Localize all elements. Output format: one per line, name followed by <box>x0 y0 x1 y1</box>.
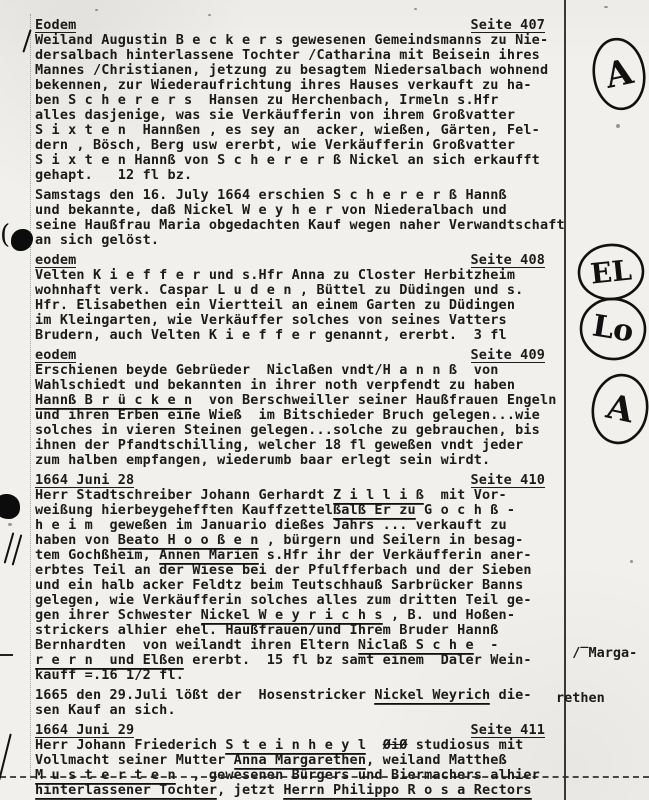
hand-dash-mark <box>0 654 13 656</box>
text-line: Wahlschiedt und bekannten in ihrer noth … <box>35 378 571 393</box>
text-line: sen Kauf an sich. <box>35 703 571 718</box>
text-line: bekennen, zur Wiederaufrichtung ihres Ha… <box>35 78 571 93</box>
text-line: Weiland Augustin B e c k e r s gewesenen… <box>35 33 571 48</box>
text-line: Hfr. Elisabethen ein Viertteil an einem … <box>35 298 571 313</box>
text-segment: gen ihrer Schwester <box>35 607 201 623</box>
text-line: gehapt. 12 fl bz. <box>35 168 571 183</box>
text-segment: von Berschweiller seiner Haußfrauen Enge… <box>192 392 556 408</box>
text-segment: Weiland Augustin B e c k e r s gewesenen… <box>35 32 548 48</box>
text-segment: seine Haußfrau Maria obgedachten Kauf we… <box>35 217 565 233</box>
text-segment: haben von <box>35 532 118 548</box>
circled-annotation-el: EL <box>576 242 646 302</box>
section-409: eodemSeite 409Erschienen beyde Gebrüeder… <box>35 348 571 468</box>
text-segment: zum halben empfangen, wiederumb baar erl… <box>35 452 490 468</box>
text-line: und ein halb acker Feldtz beim Teutschha… <box>35 578 571 593</box>
text-segment: Bernhardten von weilandt ihren Eltern <box>35 637 358 653</box>
text-line: Velten K i e f f e r und s.Hfr Anna zu C… <box>35 268 571 283</box>
text-segment: strickers alhier ehel. Haußfrauen/und Ih… <box>35 622 499 638</box>
text-segment: die- <box>490 687 531 703</box>
section-header: 1664 Juni 28Seite 410 <box>35 473 545 488</box>
text-segment: alles dasjenige, was sie Verkäufferin vo… <box>35 107 515 123</box>
underlined-text: ßalß Er zu <box>333 502 416 518</box>
circled-annotation-lo: Lo <box>578 296 648 362</box>
text-segment: Velten K i e f f e r und s.Hfr Anna zu C… <box>35 267 515 283</box>
text-segment: Samstags den 16. July 1664 erschien S c … <box>35 187 507 203</box>
text-line: alles dasjenige, was sie Verkäufferin vo… <box>35 108 571 123</box>
underlined-text: Annen Marien <box>159 547 258 563</box>
text-segment: Brudern, auch Velten K i e f f e r genan… <box>35 327 507 343</box>
margin-note-margarethen: /‾Marga- rethen <box>556 616 637 736</box>
circled-annotation-a: A <box>590 372 649 446</box>
hand-slash-mark <box>0 733 12 780</box>
text-segment: , weiland Mattheß <box>366 752 507 768</box>
left-margin-guide <box>30 14 31 780</box>
section-heading: 1664 Juni 29 <box>35 723 134 738</box>
text-line: Samstags den 16. July 1664 erschien S c … <box>35 188 571 203</box>
text-segment: wohnhaft verk. Caspar L u d e n , Büttel… <box>35 282 523 298</box>
text-segment: Hfr. Elisabethen ein Viertteil an einem … <box>35 297 515 313</box>
annotation-letter: Lo <box>590 309 636 350</box>
text-line: Mannes /Christianen, jetzung zu besagtem… <box>35 63 571 78</box>
underlined-text: Nickel Weyrich <box>374 687 490 703</box>
paragraph: Samstags den 16. July 1664 erschien S c … <box>35 188 571 248</box>
text-segment: sen Kauf an sich. <box>35 702 176 718</box>
text-segment: an sich gelöst. <box>35 232 159 248</box>
text-segment: s.Hfr ihr der Verkäufferin aner- <box>259 547 532 563</box>
text-segment: S i x t e n Hannßen , es sey an acker, w… <box>35 122 540 138</box>
text-segment: Erschienen beyde Gebrüeder Niclaßen vndt… <box>35 362 499 378</box>
section-heading: 1664 Juni 28 <box>35 473 134 488</box>
text-segment: Herr Stadtschreiber Johann Gerhardt <box>35 487 333 503</box>
text-segment: ihnen der Pfandtschilling, welcher 18 fl… <box>35 437 523 453</box>
text-segment: , bürgern und Seilern in besag- <box>259 532 524 548</box>
text-line: an sich gelöst. <box>35 233 571 248</box>
text-segment: - <box>474 637 499 653</box>
text-segment: kauff =.16 1/2 fl. <box>35 667 184 683</box>
text-segment: und ihren Erben eine Wieß im Bitschieder… <box>35 407 540 423</box>
paragraph: 1665 den 29.Juli lößt der Hosenstricker … <box>35 688 571 718</box>
text-segment: weißung hierbeygehefften Kauffzettel <box>35 502 333 518</box>
paragraph: Erschienen beyde Gebrüeder Niclaßen vndt… <box>35 363 571 468</box>
section-page-number: Seite 408 <box>471 253 546 268</box>
section-heading: Eodem <box>35 18 76 33</box>
text-line: wohnhaft verk. Caspar L u d e n , Büttel… <box>35 283 571 298</box>
document-page: EodemSeite 407Weiland Augustin B e c k e… <box>0 0 649 800</box>
text-segment: dersalbach hinterlassene Tochter /Cathar… <box>35 47 540 63</box>
section-page-number: Seite 407 <box>471 18 546 33</box>
section-header: eodemSeite 409 <box>35 348 545 363</box>
text-segment: dern , Bösch, Berg usw ererbt, wie Verkä… <box>35 137 515 153</box>
text-segment: Herr Johann Friederich <box>35 737 225 753</box>
text-segment: erbtes Teil an der Wiese bei der Pfulffe… <box>35 562 532 578</box>
text-line: tem Gochßheim, Annen Marien s.Hfr ihr de… <box>35 548 571 563</box>
ink-blob <box>0 494 20 519</box>
text-segment: im Kleingarten, wie Verkäuffer solches v… <box>35 312 507 328</box>
text-line: und bekannte, daß Nickel W e y h e r von… <box>35 203 571 218</box>
underlined-text: Hannß B r ü c k e n <box>35 392 192 408</box>
section-407: EodemSeite 407Weiland Augustin B e c k e… <box>35 18 571 248</box>
annotation-letter: EL <box>589 253 634 290</box>
text-segment: , B. und Hoßen- <box>383 607 515 623</box>
underlined-text: Nickel W e y r i c h s <box>201 607 383 623</box>
section-header: 1664 Juni 29Seite 411 <box>35 723 545 738</box>
text-segment: h e i m geweßen im Januario dießes Jahrs… <box>35 517 507 533</box>
underlined-text: hinterlassener Tochter <box>35 782 217 798</box>
text-line: Herr Johann Friederich S t e i n h e y l… <box>35 738 571 753</box>
text-line: Erschienen beyde Gebrüeder Niclaßen vndt… <box>35 363 571 378</box>
scan-speck <box>95 9 98 11</box>
underlined-text: Beato H o o ß e n <box>118 532 259 548</box>
text-line: Vollmacht seiner Mutter Anna Margarethen… <box>35 753 571 768</box>
ink-speck <box>8 523 12 526</box>
scan-speck <box>630 560 633 563</box>
text-line: strickers alhier ehel. Haußfrauen/und Ih… <box>35 623 571 638</box>
text-line: S i x t e n Hannß von S c h e r e r ß Ni… <box>35 153 571 168</box>
paragraph: Weiland Augustin B e c k e r s gewesenen… <box>35 33 571 183</box>
underlined-text: Herrn Philippo R o s a Rectors <box>283 782 531 798</box>
text-line: M u s t e r t e n , gewesenen Bürgers un… <box>35 768 571 783</box>
text-line: h e i m geweßen im Januario dießes Jahrs… <box>35 518 571 533</box>
text-segment <box>366 737 383 753</box>
underlined-text: Z i l l i ß <box>333 487 424 503</box>
text-segment: gelegen, wie Verkäufferin solches alles … <box>35 592 532 608</box>
text-line: im Kleingarten, wie Verkäuffer solches v… <box>35 313 571 328</box>
text-segment: solches in vieren Steinen gelegen...solc… <box>35 422 540 438</box>
typewritten-text-column: EodemSeite 407Weiland Augustin B e c k e… <box>35 18 571 800</box>
text-segment: , gewesenen Bürgers und Biermachers alhi… <box>176 767 540 783</box>
section-heading: eodem <box>35 348 76 363</box>
text-line: kauff =.16 1/2 fl. <box>35 668 571 683</box>
text-line: weißung hierbeygehefften Kauffzettelßalß… <box>35 503 571 518</box>
text-segment: und bekannte, daß Nickel W e y h e r von… <box>35 202 507 218</box>
text-segment: mit Vor- <box>424 487 507 503</box>
text-segment: studiosus mit <box>408 737 524 753</box>
paragraph: Herr Johann Friederich S t e i n h e y l… <box>35 738 571 798</box>
text-line: solches in vieren Steinen gelegen...solc… <box>35 423 571 438</box>
text-segment: Mannes /Christianen, jetzung zu besagtem… <box>35 62 548 78</box>
text-segment: Vollmacht seiner Mutter <box>35 752 234 768</box>
underlined-text: S t e i n h e y l <box>225 737 366 753</box>
text-segment: Wahlschiedt und bekannten in ihrer noth … <box>35 377 515 393</box>
text-line: und ihren Erben eine Wieß im Bitschieder… <box>35 408 571 423</box>
section-page-number: Seite 409 <box>471 348 546 363</box>
underlined-text: Niclaß S c h e <box>358 637 474 653</box>
text-line: dersalbach hinterlassene Tochter /Cathar… <box>35 48 571 63</box>
annotation-letter: A <box>600 51 637 97</box>
text-segment: S i x t e n Hannß von S c h e r e r ß Ni… <box>35 152 540 168</box>
section-page-number: Seite 410 <box>471 473 546 488</box>
text-line: hinterlassener Tochter, jetzt Herrn Phil… <box>35 783 571 798</box>
scan-speck <box>604 6 608 8</box>
text-line: haben von Beato H o o ß e n , bürgern un… <box>35 533 571 548</box>
text-line: S i x t e n Hannßen , es sey an acker, w… <box>35 123 571 138</box>
section-410: 1664 Juni 28Seite 410Herr Stadtschreiber… <box>35 473 571 718</box>
text-segment: und ein halb acker Feldtz beim Teutschha… <box>35 577 523 593</box>
hand-paren-mark: ( <box>0 220 10 250</box>
underlined-text: M u s t e r t e n <box>35 767 176 783</box>
text-segment: 1665 den 29.Juli lößt der Hosenstricker <box>35 687 374 703</box>
hand-double-slash-mark <box>12 534 23 565</box>
underlined-text: Anna Margarethen <box>234 752 366 768</box>
text-line: Hannß B r ü c k e n von Berschweiller se… <box>35 393 571 408</box>
section-heading: eodem <box>35 253 76 268</box>
text-line: Bernhardten von weilandt ihren Eltern Ni… <box>35 638 571 653</box>
section-header: EodemSeite 407 <box>35 18 545 33</box>
text-line: 1665 den 29.Juli lößt der Hosenstricker … <box>35 688 571 703</box>
text-line: zum halben empfangen, wiederumb baar erl… <box>35 453 571 468</box>
annotation-letter: A <box>602 386 638 431</box>
text-segment: ererbt. 15 fl bz samt einem Daler Wein- <box>184 652 532 668</box>
text-line: seine Haußfrau Maria obgedachten Kauf we… <box>35 218 571 233</box>
section-header: eodemSeite 408 <box>35 253 545 268</box>
text-line: gelegen, wie Verkäufferin solches alles … <box>35 593 571 608</box>
underlined-text: r e r n und Elßen <box>35 652 184 668</box>
text-line: r e r n und Elßen ererbt. 15 fl bz samt … <box>35 653 571 668</box>
paragraph: Velten K i e f f e r und s.Hfr Anna zu C… <box>35 268 571 343</box>
scan-speck <box>208 14 211 16</box>
circled-annotation-a: A <box>591 36 647 112</box>
text-segment: tem Gochßheim, <box>35 547 159 563</box>
text-segment: , jetzt <box>217 782 283 798</box>
text-line: gen ihrer Schwester Nickel W e y r i c h… <box>35 608 571 623</box>
section-411: 1664 Juni 29Seite 411Herr Johann Frieder… <box>35 723 571 798</box>
text-segment: ben S c h e r e r s Hansen zu Herchenbac… <box>35 92 499 108</box>
scan-speck <box>616 124 620 128</box>
scan-speck <box>414 8 417 10</box>
section-page-number: Seite 411 <box>471 723 546 738</box>
text-line: erbtes Teil an der Wiese bei der Pfulffe… <box>35 563 571 578</box>
text-segment: bekennen, zur Wiederaufrichtung ihres Ha… <box>35 77 532 93</box>
text-segment: gehapt. 12 fl bz. <box>35 167 192 183</box>
text-line: ihnen der Pfandtschilling, welcher 18 fl… <box>35 438 571 453</box>
section-408: eodemSeite 408Velten K i e f f e r und s… <box>35 253 571 343</box>
text-line: ben S c h e r e r s Hansen zu Herchenbac… <box>35 93 571 108</box>
struck-out-text: ØiØ <box>383 737 408 753</box>
text-line: Brudern, auch Velten K i e f f e r genan… <box>35 328 571 343</box>
text-segment: G o c h ß - <box>416 502 515 518</box>
paragraph: Herr Stadtschreiber Johann Gerhardt Z i … <box>35 488 571 683</box>
margin-note-line: /‾Marga- <box>556 646 637 661</box>
margin-note-line: rethen <box>556 691 637 706</box>
text-line: dern , Bösch, Berg usw ererbt, wie Verkä… <box>35 138 571 153</box>
text-line: Herr Stadtschreiber Johann Gerhardt Z i … <box>35 488 571 503</box>
